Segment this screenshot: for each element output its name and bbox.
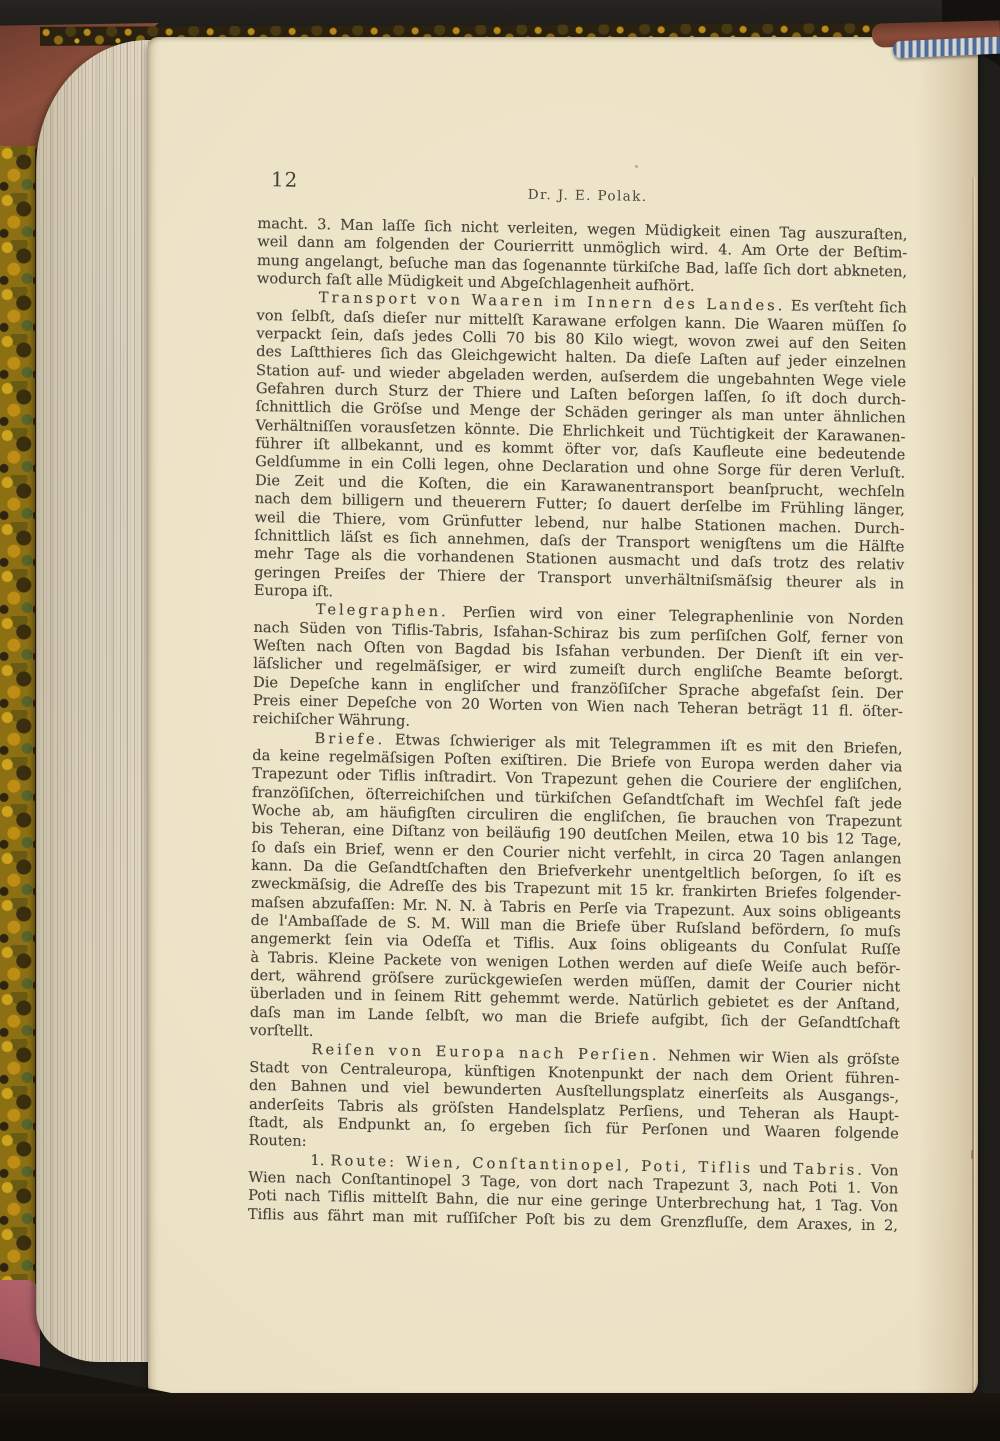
running-header: Dr. J. E. Polak. [528, 187, 648, 205]
letterspaced-heading: Tabris. [793, 1160, 865, 1178]
text-segment: 1. [310, 1151, 330, 1168]
text-segment: Nehmen wir Wien als gröſste [660, 1048, 900, 1069]
letterspaced-heading: Telegraphen. [316, 601, 449, 620]
foxing-spot [971, 1150, 973, 1159]
printed-text-area: 12 Dr. J. E. Polak. macht. 3. Man laſſe … [248, 167, 908, 1235]
text-segment: Von [865, 1161, 899, 1179]
paragraph: macht. 3. Man laſſe ſich nicht verleiten… [257, 215, 908, 300]
gutter-shadow [916, 37, 978, 1397]
paragraph: 1. Route: Wien, Conſtantinopel, Poti, Ti… [248, 1150, 899, 1235]
paragraph: Briefe. Etwas ſchwieriger als mit Telegr… [250, 729, 903, 1052]
letterspaced-heading: Briefe. [314, 730, 385, 748]
paragraph: Reiſen von Europa nach Perſien. Nehmen w… [249, 1040, 900, 1162]
book-page: 12 Dr. J. E. Polak. macht. 3. Man laſſe … [148, 37, 978, 1397]
foxing-spot [635, 165, 638, 168]
scan-background-bottom [0, 1393, 1000, 1441]
text-segment: und [753, 1159, 794, 1177]
book-scan: { "document": { "page_number": "12", "ru… [0, 0, 1000, 1441]
text-segment: Es verſteht ſich [785, 298, 907, 317]
marbled-endpaper-left [0, 146, 35, 1370]
page-stack-fore-edges [36, 40, 151, 1362]
paragraph: Transport von Waaren im Innern des Lande… [254, 288, 907, 611]
paragraph: Telegraphen. Perſien wird von einer Tele… [253, 600, 904, 740]
page-number: 12 [271, 167, 299, 191]
text-column: macht. 3. Man laſſe ſich nicht verleiten… [248, 215, 908, 1235]
gutter-crease-line [972, 177, 974, 1393]
